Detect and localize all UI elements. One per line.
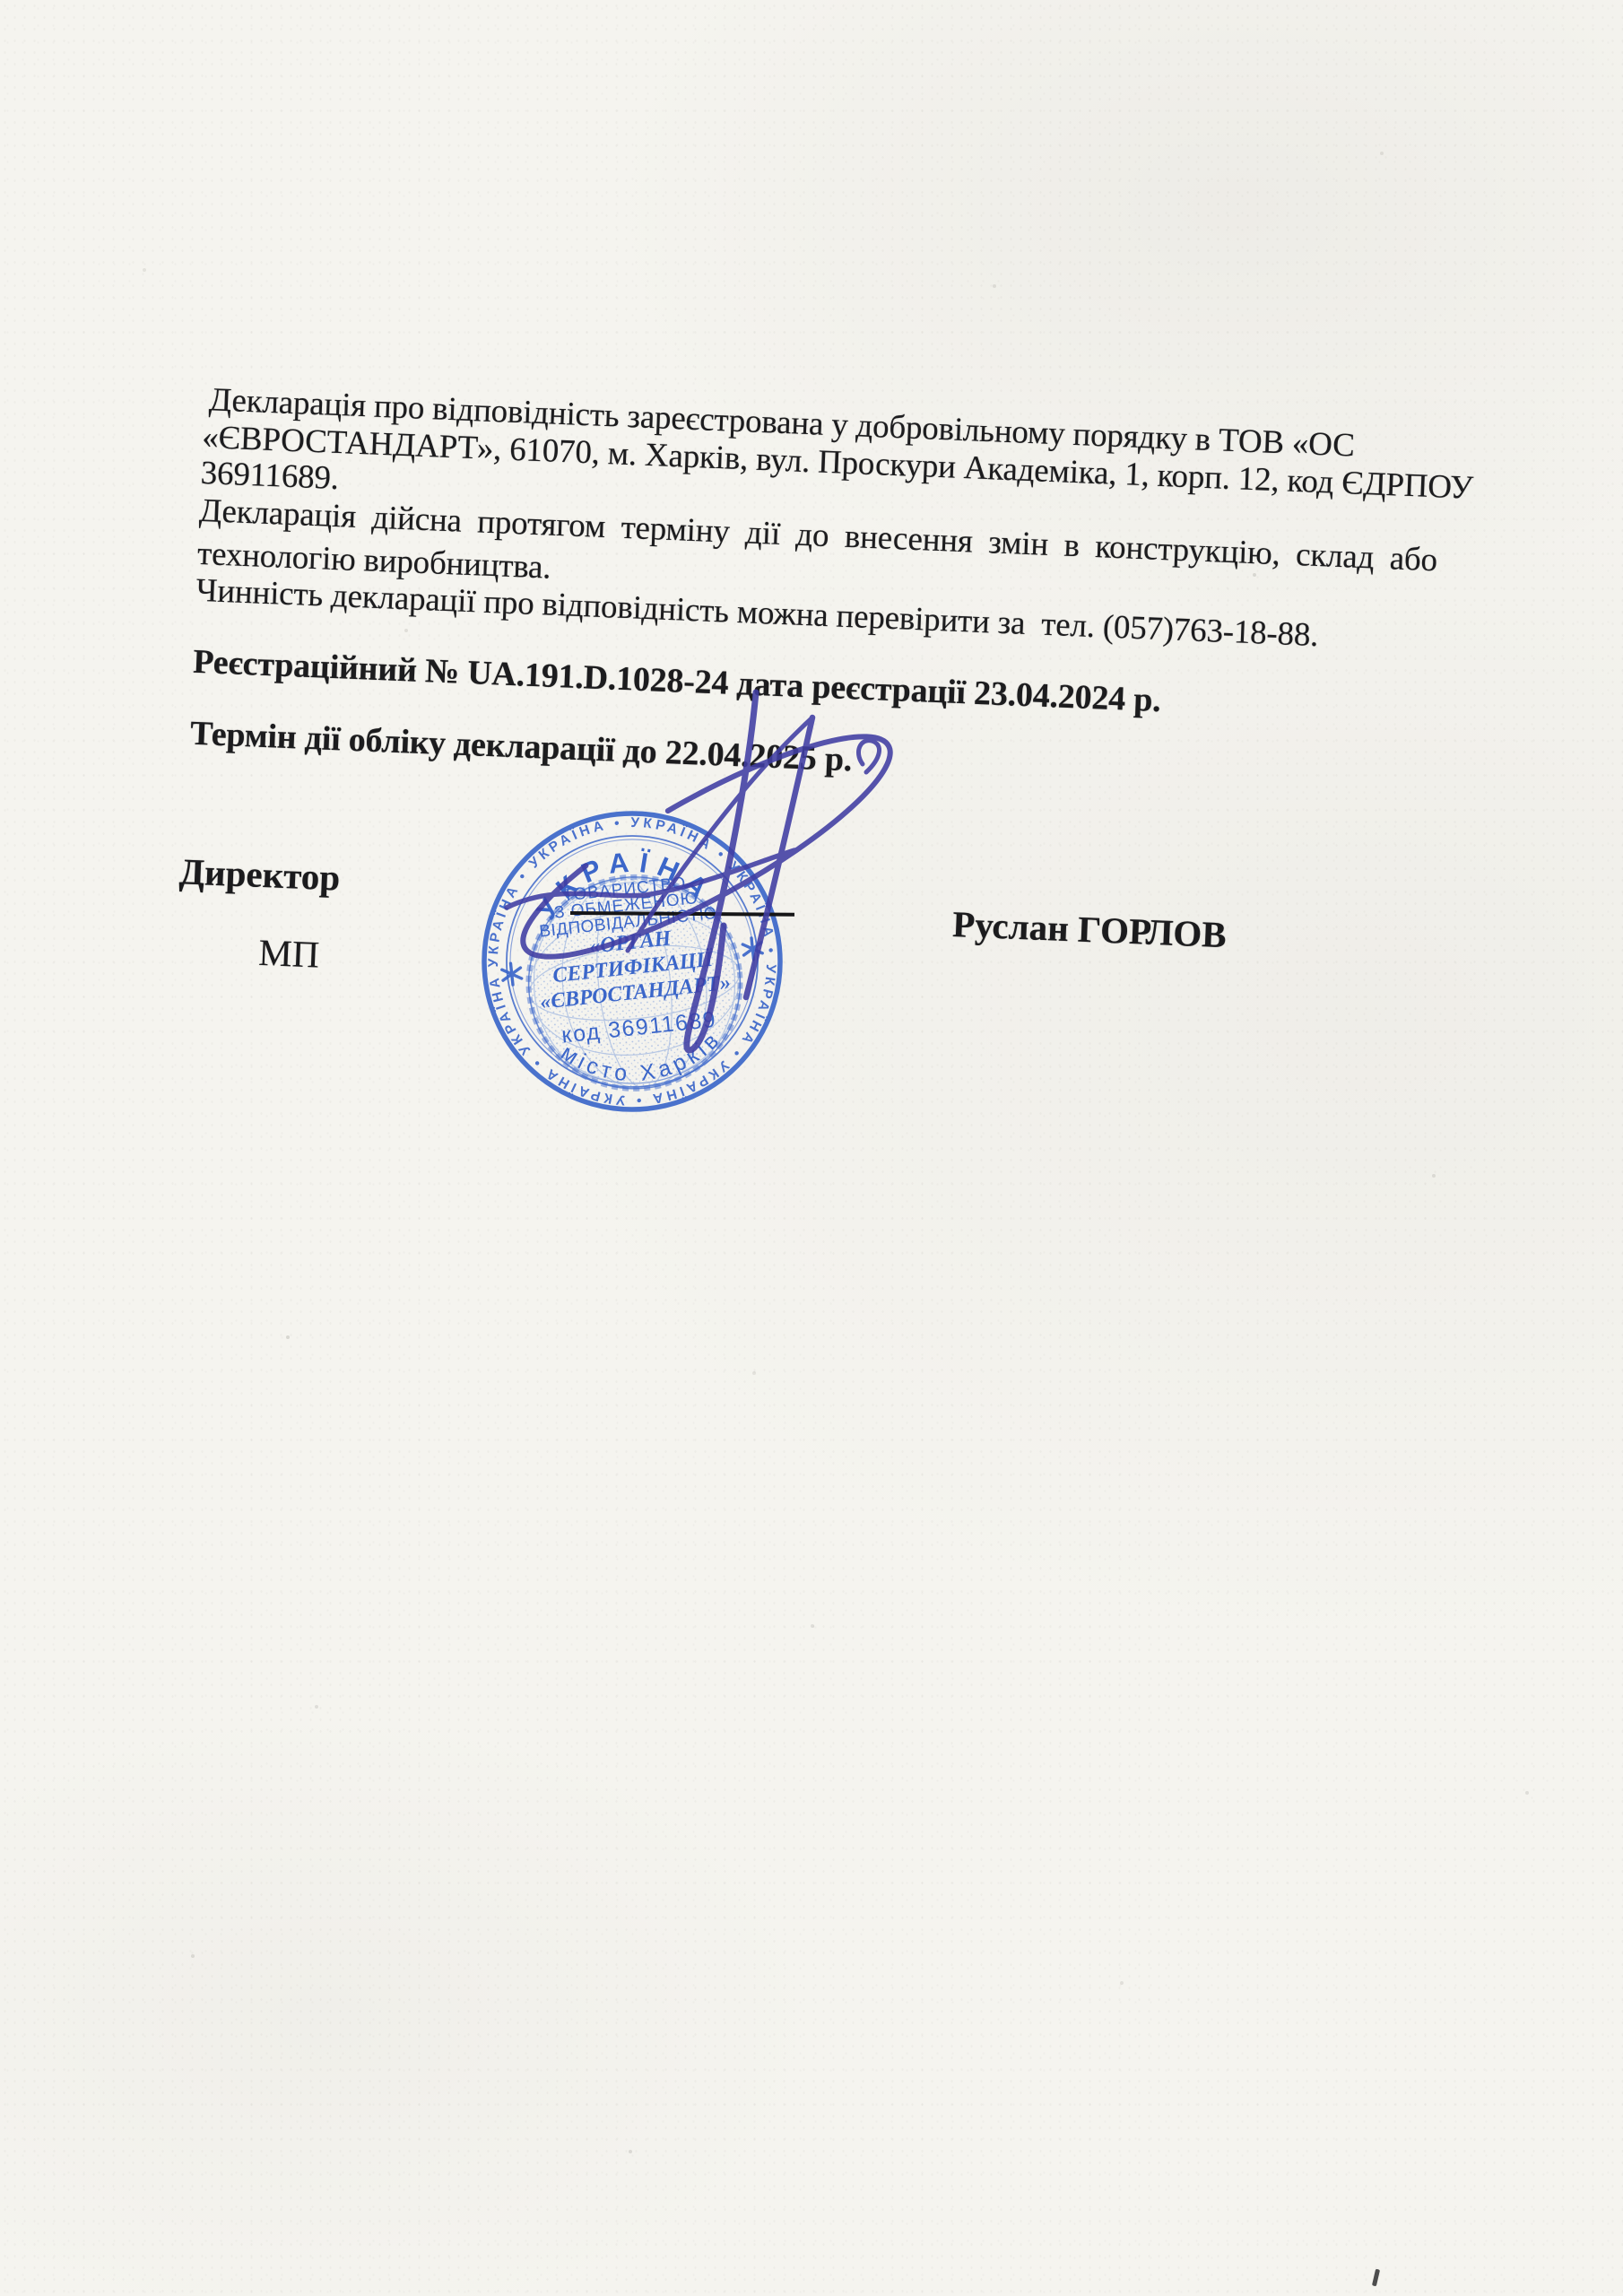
seal-place-label: МП [257,932,320,978]
director-label: Директор [178,849,341,899]
signature-stroke [858,741,879,772]
signature-loop [500,702,913,992]
scanned-declaration-page: Декларація про відповідність зареєстрова… [0,0,1623,2296]
signature-graphic [466,664,1148,1112]
handwritten-signature [466,664,1148,1112]
scan-edge-artifact [1372,2269,1380,2287]
scan-noise-specks [0,0,2,2]
